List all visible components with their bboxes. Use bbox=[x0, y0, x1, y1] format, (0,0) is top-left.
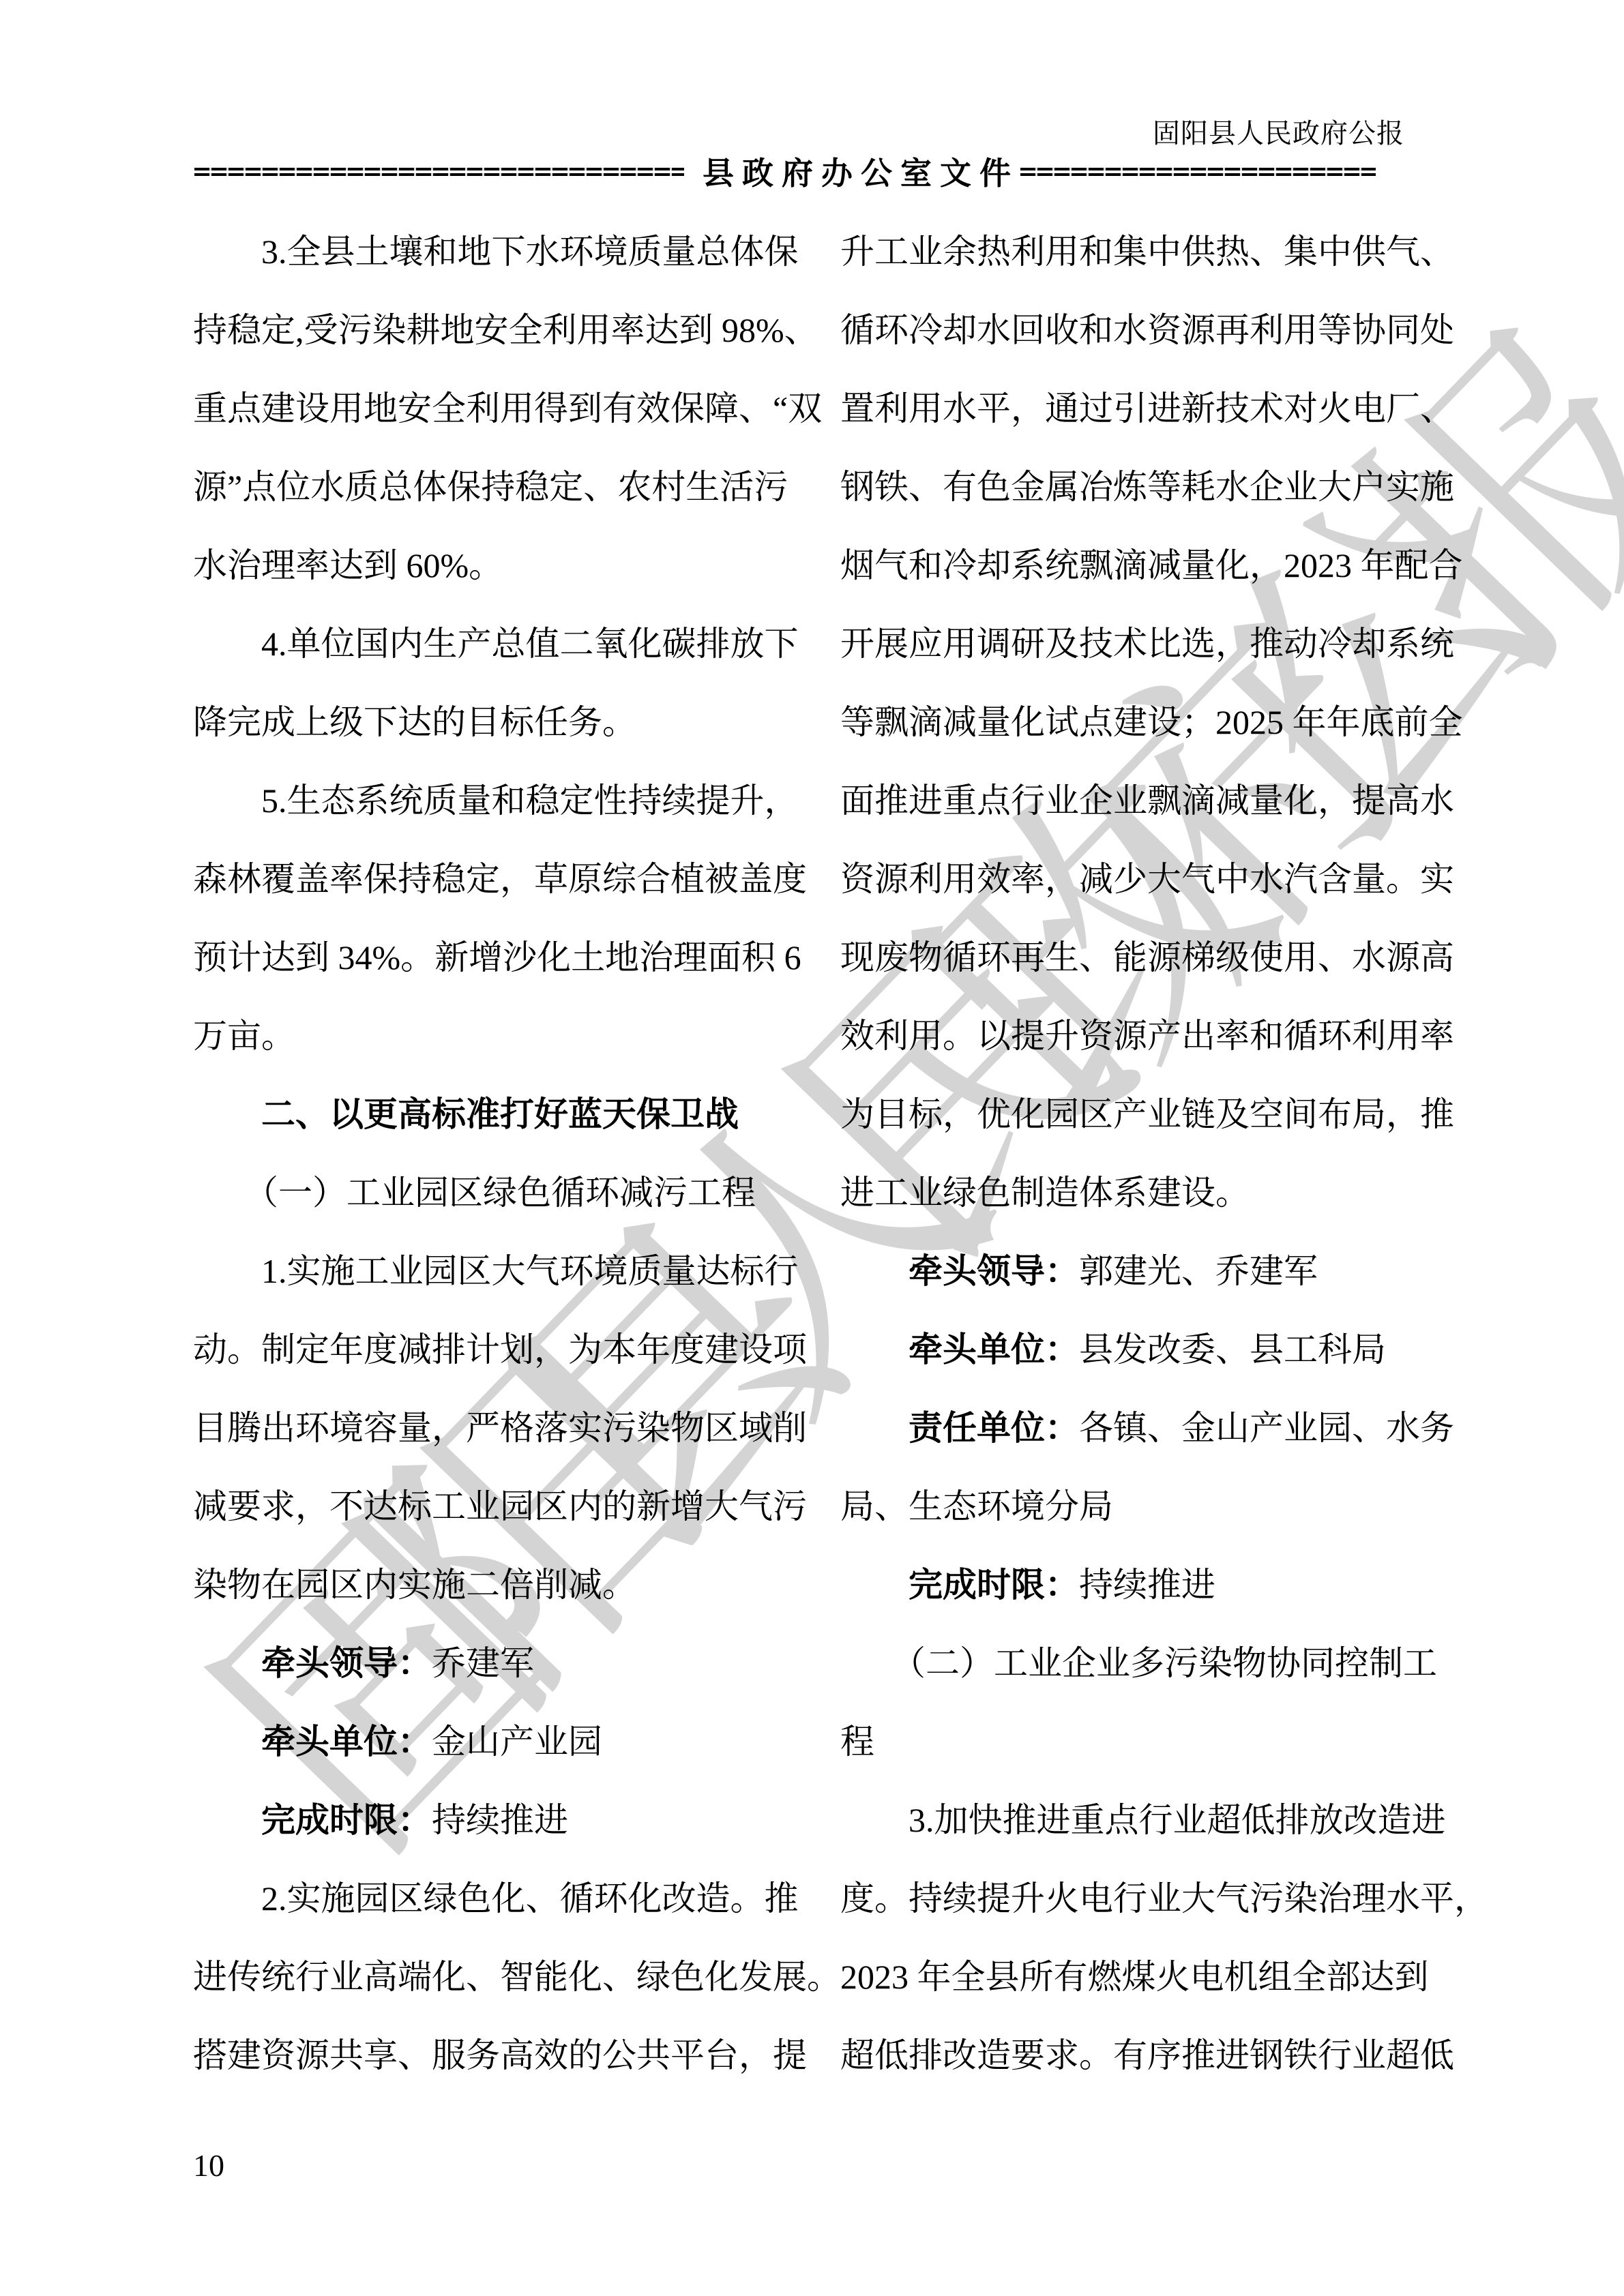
line-text: 面推进重点行业企业飘滴减量化，提高水 bbox=[840, 781, 1454, 820]
text-line: 2.实施园区绿色化、循环化改造。推 bbox=[193, 1860, 831, 1938]
text-line: 等飘滴减量化试点建设；2025 年年底前全 bbox=[840, 683, 1478, 762]
text-line: （二）工业企业多污染物协同控制工 bbox=[840, 1624, 1478, 1703]
line-text: 郭建光、乔建军 bbox=[1079, 1252, 1318, 1290]
line-text: 持续推进 bbox=[432, 1801, 568, 1839]
line-text: 重点建设用地安全利用得到有效保障、“双 bbox=[193, 389, 822, 428]
line-text: 3.全县土壤和地下水环境质量总体保 bbox=[193, 233, 799, 271]
text-line: 置利用水平，通过引进新技术对火电厂、 bbox=[840, 370, 1478, 448]
gazette-page: 固阳县人民政府公报 固阳县人民政府公报 县政府办公室文件 3.全县土壤和地下水环… bbox=[0, 0, 1624, 2296]
line-text: 烟气和冷却系统飘滴减量化，2023 年配合 bbox=[840, 546, 1463, 584]
line-text: 各镇、金山产业园、水务 bbox=[1079, 1409, 1454, 1447]
line-bold-label: 完成时限： bbox=[840, 1566, 1079, 1604]
header-double-rule-right bbox=[1020, 168, 1376, 176]
page-number: 10 bbox=[193, 2147, 224, 2185]
text-line: 持稳定,受污染耕地安全利用率达到 98%、 bbox=[193, 291, 831, 370]
text-line: 完成时限：持续推进 bbox=[193, 1781, 831, 1860]
text-line: 重点建设用地安全利用得到有效保障、“双 bbox=[193, 370, 831, 448]
header-double-rule-left bbox=[194, 168, 684, 176]
line-text: 为目标，优化园区产业链及空间布局，推 bbox=[840, 1095, 1454, 1133]
header-doc-type-title: 县政府办公室文件 bbox=[703, 154, 1019, 194]
text-line: 水治理率达到 60%。 bbox=[193, 526, 831, 605]
line-text: 超低排改造要求。有序推进钢铁行业超低 bbox=[840, 2036, 1454, 2074]
line-bold-label: 二、以更高标准打好蓝天保卫战 bbox=[193, 1095, 739, 1133]
line-text: 降完成上级下达的目标任务。 bbox=[193, 703, 636, 741]
line-text: 持续推进 bbox=[1079, 1566, 1215, 1604]
text-line: 牵头领导：乔建军 bbox=[193, 1624, 831, 1703]
line-text: 升工业余热利用和集中供热、集中供气、 bbox=[840, 233, 1454, 271]
text-line: 搭建资源共享、服务高效的公共平台，提 bbox=[193, 2016, 831, 2095]
line-text: 度。持续提升火电行业大气污染治理水平， bbox=[840, 1879, 1488, 1918]
text-line: 开展应用调研及技术比选，推动冷却系统 bbox=[840, 605, 1478, 683]
line-text: 3.加快推进重点行业超低排放改造进 bbox=[840, 1801, 1446, 1839]
line-text: 置利用水平，通过引进新技术对火电厂、 bbox=[840, 389, 1454, 428]
text-line: 度。持续提升火电行业大气污染治理水平， bbox=[840, 1860, 1478, 1938]
text-line: 2023 年全县所有燃煤火电机组全部达到 bbox=[840, 1938, 1478, 2016]
text-line: 钢铁、有色金属冶炼等耗水企业大户实施 bbox=[840, 448, 1478, 526]
line-text: 预计达到 34%。新增沙化土地治理面积 6 bbox=[193, 938, 801, 976]
text-line: 为目标，优化园区产业链及空间布局，推 bbox=[840, 1075, 1478, 1154]
text-line: 超低排改造要求。有序推进钢铁行业超低 bbox=[840, 2016, 1478, 2095]
line-text: 钢铁、有色金属冶炼等耗水企业大户实施 bbox=[840, 468, 1454, 506]
line-text: 搭建资源共享、服务高效的公共平台，提 bbox=[193, 2036, 807, 2074]
text-line: 效利用。以提升资源产出率和循环利用率 bbox=[840, 997, 1478, 1075]
text-line: 牵头单位：金山产业园 bbox=[193, 1703, 831, 1781]
text-line: 4.单位国内生产总值二氧化碳排放下 bbox=[193, 605, 831, 683]
line-bold-label: 牵头单位： bbox=[840, 1330, 1079, 1369]
line-bold-label: 牵头领导： bbox=[840, 1252, 1079, 1290]
text-line: 循环冷却水回收和水资源再利用等协同处 bbox=[840, 291, 1478, 370]
line-text: 持稳定,受污染耕地安全利用率达到 98%、 bbox=[193, 311, 818, 349]
line-text: 染物在园区内实施二倍削减。 bbox=[193, 1566, 636, 1604]
text-line: 牵头领导：郭建光、乔建军 bbox=[840, 1232, 1478, 1311]
line-text: 进传统行业高端化、智能化、绿色化发展。 bbox=[193, 1958, 841, 1996]
header-gazette-name: 固阳县人民政府公报 bbox=[1153, 117, 1404, 150]
line-text: 减要求，不达标工业园区内的新增大气污 bbox=[193, 1487, 807, 1525]
line-bold-label: 牵头单位： bbox=[193, 1723, 432, 1761]
text-line: 进传统行业高端化、智能化、绿色化发展。 bbox=[193, 1938, 831, 2016]
line-text: 乔建军 bbox=[432, 1644, 534, 1682]
text-line: 完成时限：持续推进 bbox=[840, 1546, 1478, 1624]
text-line: 责任单位：各镇、金山产业园、水务 bbox=[840, 1389, 1478, 1467]
line-text: 万亩。 bbox=[193, 1017, 295, 1055]
text-line: 3.全县土壤和地下水环境质量总体保 bbox=[193, 213, 831, 291]
line-text: （一）工业园区绿色循环减污工程 bbox=[193, 1174, 756, 1212]
text-line: 森林覆盖率保持稳定，草原综合植被盖度 bbox=[193, 840, 831, 919]
line-text: （二）工业企业多污染物协同控制工 bbox=[840, 1644, 1437, 1682]
line-text: 森林覆盖率保持稳定，草原综合植被盖度 bbox=[193, 860, 807, 898]
line-bold-label: 牵头领导： bbox=[193, 1644, 432, 1682]
text-line: 3.加快推进重点行业超低排放改造进 bbox=[840, 1781, 1478, 1860]
line-text: 4.单位国内生产总值二氧化碳排放下 bbox=[193, 625, 799, 663]
text-line: 1.实施工业园区大气环境质量达标行 bbox=[193, 1232, 831, 1311]
text-line: 升工业余热利用和集中供热、集中供气、 bbox=[840, 213, 1478, 291]
line-text: 2023 年全县所有燃煤火电机组全部达到 bbox=[840, 1958, 1429, 1996]
text-line: 减要求，不达标工业园区内的新增大气污 bbox=[193, 1467, 831, 1546]
line-text: 水治理率达到 60%。 bbox=[193, 546, 503, 584]
text-line: 二、以更高标准打好蓝天保卫战 bbox=[193, 1075, 831, 1154]
text-line: 动。制定年度减排计划，为本年度建设项 bbox=[193, 1311, 831, 1389]
line-text: 程 bbox=[840, 1723, 874, 1761]
text-line: （一）工业园区绿色循环减污工程 bbox=[193, 1154, 831, 1232]
text-line: 局、生态环境分局 bbox=[840, 1467, 1478, 1546]
text-line: 目腾出环境容量，严格落实污染物区域削 bbox=[193, 1389, 831, 1467]
line-text: 等飘滴减量化试点建设；2025 年年底前全 bbox=[840, 703, 1463, 741]
text-line: 染物在园区内实施二倍削减。 bbox=[193, 1546, 831, 1624]
line-text: 资源利用效率，减少大气中水汽含量。实 bbox=[840, 860, 1454, 898]
line-text: 2.实施园区绿色化、循环化改造。推 bbox=[193, 1879, 799, 1918]
line-text: 开展应用调研及技术比选，推动冷却系统 bbox=[840, 625, 1454, 663]
text-line: 牵头单位：县发改委、县工科局 bbox=[840, 1311, 1478, 1389]
text-line: 源”点位水质总体保持稳定、农村生活污 bbox=[193, 448, 831, 526]
line-text: 金山产业园 bbox=[432, 1723, 602, 1761]
text-line: 进工业绿色制造体系建设。 bbox=[840, 1154, 1478, 1232]
text-line: 预计达到 34%。新增沙化土地治理面积 6 bbox=[193, 919, 831, 997]
body-column-right: 升工业余热利用和集中供热、集中供气、 循环冷却水回收和水资源再利用等协同处 置利… bbox=[840, 213, 1478, 2095]
body-column-left: 3.全县土壤和地下水环境质量总体保 持稳定,受污染耕地安全利用率达到 98%、 … bbox=[193, 213, 831, 2095]
text-line: 资源利用效率，减少大气中水汽含量。实 bbox=[840, 840, 1478, 919]
text-line: 程 bbox=[840, 1703, 1478, 1781]
line-text: 现废物循环再生、能源梯级使用、水源高 bbox=[840, 938, 1454, 976]
line-bold-label: 完成时限： bbox=[193, 1801, 432, 1839]
line-text: 效利用。以提升资源产出率和循环利用率 bbox=[840, 1017, 1454, 1055]
text-line: 万亩。 bbox=[193, 997, 831, 1075]
line-text: 目腾出环境容量，严格落实污染物区域削 bbox=[193, 1409, 807, 1447]
text-line: 降完成上级下达的目标任务。 bbox=[193, 683, 831, 762]
line-text: 1.实施工业园区大气环境质量达标行 bbox=[193, 1252, 799, 1290]
line-bold-label: 责任单位： bbox=[840, 1409, 1079, 1447]
text-line: 5.生态系统质量和稳定性持续提升， bbox=[193, 762, 831, 840]
text-line: 面推进重点行业企业飘滴减量化，提高水 bbox=[840, 762, 1478, 840]
line-text: 5.生态系统质量和稳定性持续提升， bbox=[193, 781, 799, 820]
line-text: 县发改委、县工科局 bbox=[1079, 1330, 1386, 1369]
line-text: 动。制定年度减排计划，为本年度建设项 bbox=[193, 1330, 807, 1369]
line-text: 局、生态环境分局 bbox=[840, 1487, 1113, 1525]
text-line: 烟气和冷却系统飘滴减量化，2023 年配合 bbox=[840, 526, 1478, 605]
line-text: 循环冷却水回收和水资源再利用等协同处 bbox=[840, 311, 1454, 349]
line-text: 源”点位水质总体保持稳定、农村生活污 bbox=[193, 468, 788, 506]
text-line: 现废物循环再生、能源梯级使用、水源高 bbox=[840, 919, 1478, 997]
line-text: 进工业绿色制造体系建设。 bbox=[840, 1174, 1250, 1212]
